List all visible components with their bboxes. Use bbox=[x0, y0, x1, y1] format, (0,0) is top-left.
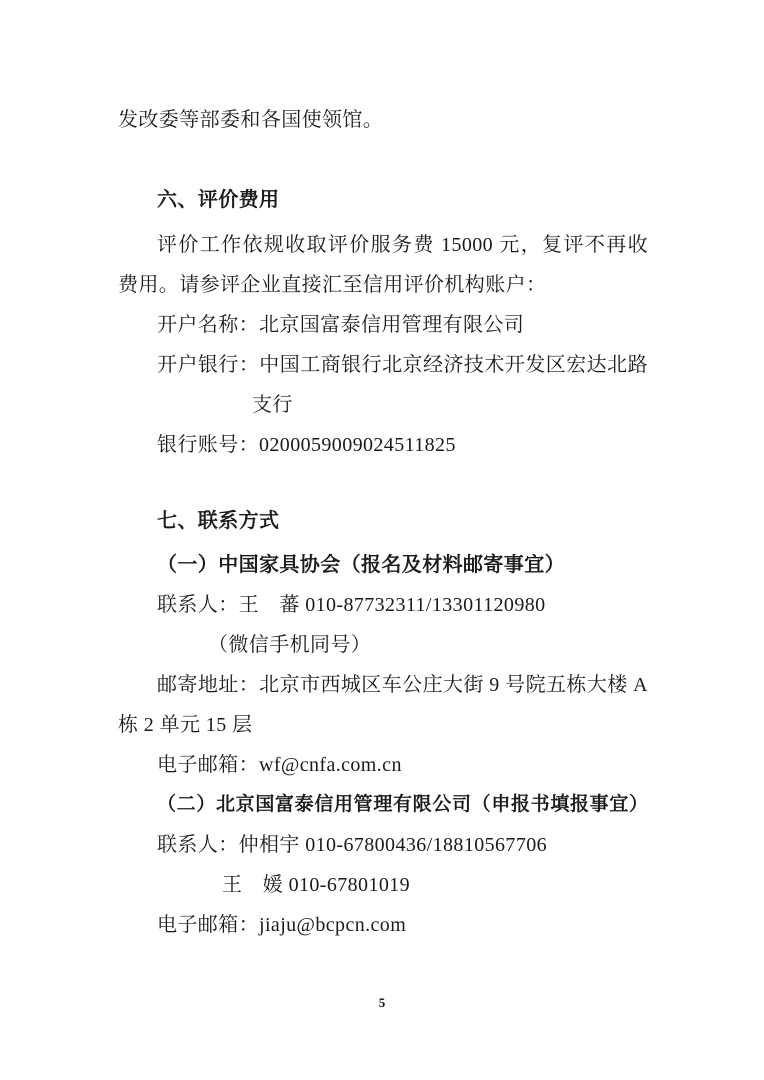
intro-continuation-line: 发改委等部委和各国使领馆。 bbox=[118, 100, 648, 140]
section6-fee-line2: 费用。请参评企业直接汇至信用评价机构账户： bbox=[118, 265, 648, 305]
document-page: 发改委等部委和各国使领馆。 六、评价费用 评价工作依规收取评价服务费 15000… bbox=[0, 0, 764, 1080]
org1-contact-line: 联系人：王 蕃 010-87732311/13301120980 bbox=[118, 585, 648, 625]
org2-contact-line2: 王 媛 010-67801019 bbox=[118, 865, 648, 905]
org2-email-line: 电子邮箱：jiaju@bcpcn.com bbox=[118, 905, 648, 945]
org1-email-line: 电子邮箱：wf@cnfa.com.cn bbox=[118, 745, 648, 785]
page-number: 5 bbox=[0, 995, 764, 1011]
org1-address-line2: 栋 2 单元 15 层 bbox=[118, 705, 648, 745]
section6-bank-line1: 开户银行：中国工商银行北京经济技术开发区宏达北路 bbox=[118, 345, 648, 385]
org2-heading: （二）北京国富泰信用管理有限公司（申报书填报事宜） bbox=[118, 785, 648, 825]
org2-contact-line1: 联系人：仲相宇 010-67800436/18810567706 bbox=[118, 825, 648, 865]
section6-bank-line2: 支行 bbox=[118, 385, 648, 425]
org1-address-line1: 邮寄地址：北京市西城区车公庄大街 9 号院五栋大楼 A bbox=[118, 665, 648, 705]
section6-fee-line1: 评价工作依规收取评价服务费 15000 元，复评不再收取 bbox=[118, 225, 648, 265]
section7-heading: 七、联系方式 bbox=[118, 501, 648, 541]
document-body: 发改委等部委和各国使领馆。 六、评价费用 评价工作依规收取评价服务费 15000… bbox=[0, 0, 764, 945]
section6-account-number: 银行账号：0200059009024511825 bbox=[118, 425, 648, 465]
org1-contact-note: （微信手机同号） bbox=[118, 625, 648, 665]
section6-heading: 六、评价费用 bbox=[118, 180, 648, 220]
section6-account-name: 开户名称：北京国富泰信用管理有限公司 bbox=[118, 305, 648, 345]
org1-heading: （一）中国家具协会（报名及材料邮寄事宜） bbox=[118, 545, 648, 585]
